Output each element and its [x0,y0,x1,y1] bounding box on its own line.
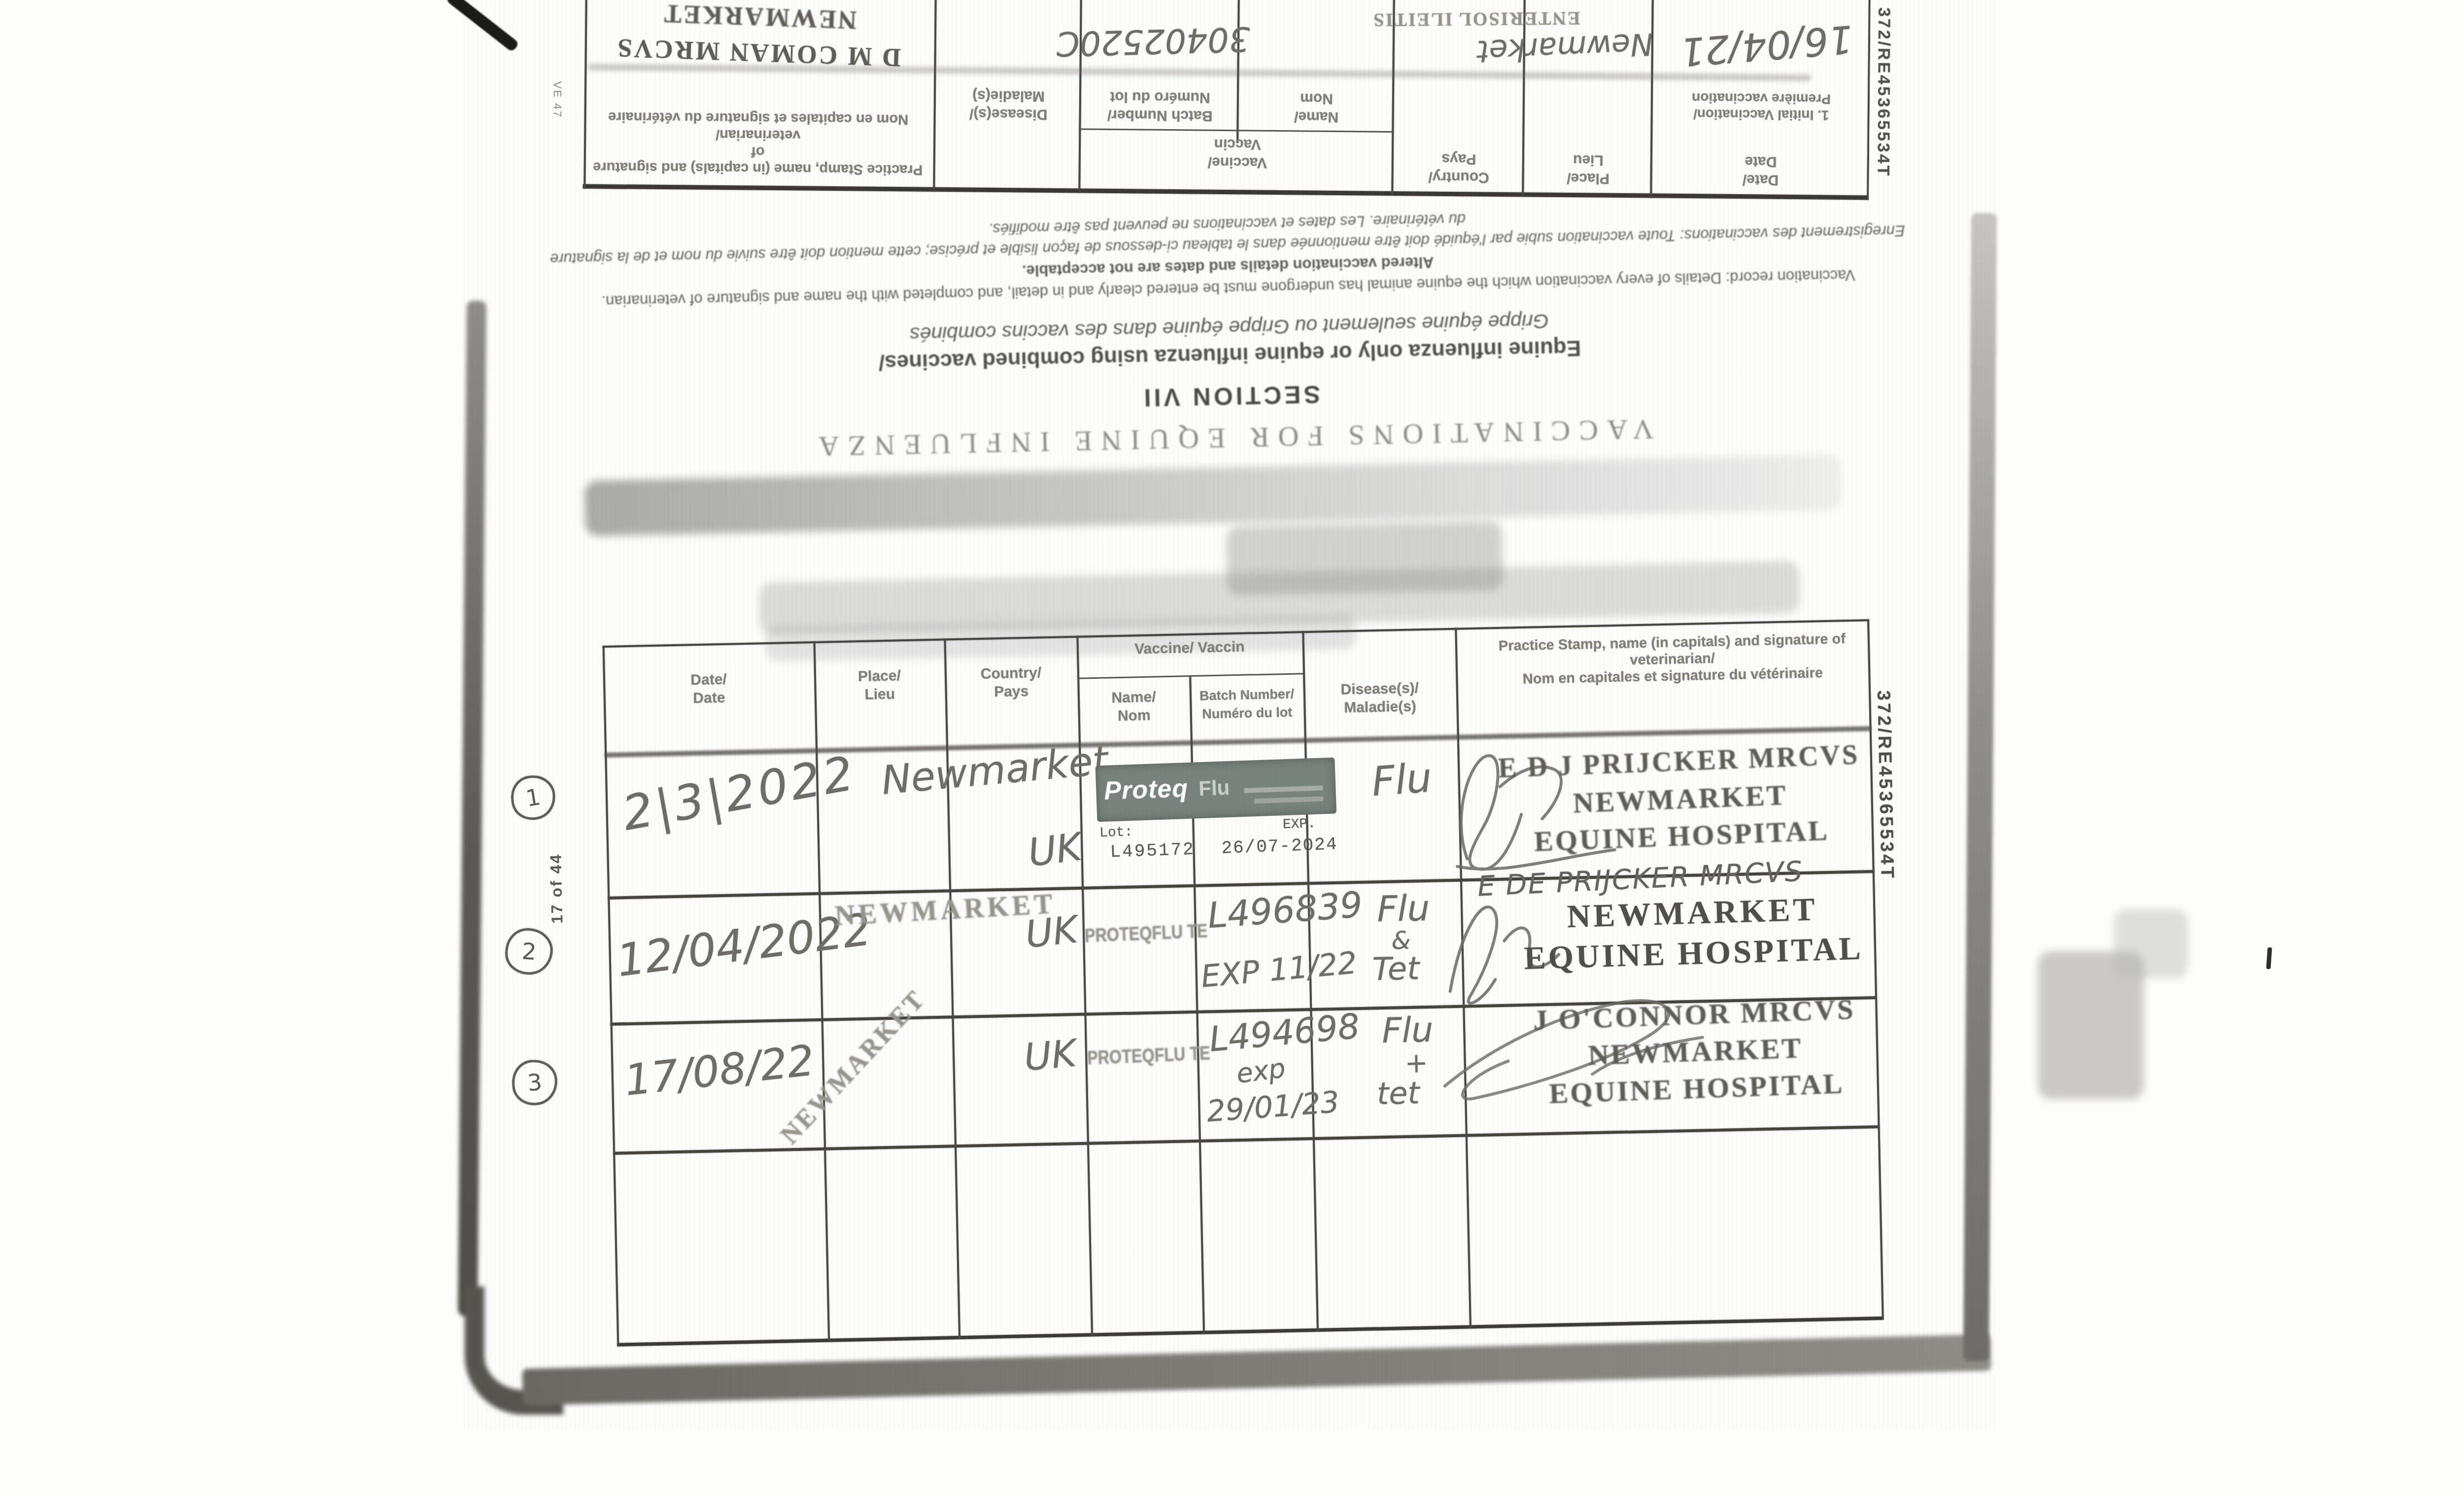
label-line: Date/ [1743,172,1779,188]
facing-practice-stamp: D M COMAN MRCVS NEWMARKET [585,0,932,73]
col-label-name: Name/ Nom [1078,687,1191,726]
label-line: Nom en capitales et signature du vétérin… [608,109,908,127]
sticker-exp-value: 26/07-2024 [1221,834,1338,858]
facing-col-label-batch: Batch Number/ Numéro du lot [1081,87,1239,125]
row2-disease-line3: Tet [1372,950,1420,988]
label-line: Première vaccination [1692,90,1831,106]
section-page: VACCINATIONS FOR EQUINE INFLUENZA SECTIO… [480,192,1999,1435]
row3-date: 17/08/22 [622,1036,817,1106]
heading-block-upside-down: VACCINATIONS FOR EQUINE INFLUENZA SECTIO… [530,198,1929,483]
label-line: Numéro du lot [1110,89,1210,106]
row-number: 3 [526,1069,543,1096]
facing-col-label-stamp: Practice Stamp, name (in capitals) and s… [585,108,931,178]
facing-initial-vaccination-label: 1. Initial Vaccination/ Première vaccina… [1653,90,1870,124]
facing-entry-batch: 30402520C [1056,19,1251,63]
label-line: Name/ [1111,689,1156,706]
sticker-lot-label: Lot: [1099,825,1133,841]
label-line: Practice Stamp, name (in capitals) and s… [1499,631,1846,654]
table-divider [944,638,960,1339]
col-label-disease: Disease(s)/ Maladie(s) [1305,678,1454,718]
sticker-fineprint-bar [1244,785,1323,793]
label-line: Batch Number/ [1199,687,1295,703]
col-label-batch: Batch Number/ Numéro du lot [1183,685,1311,724]
cover-corner-mark [445,0,519,52]
sticker-exp-label: EXP. [1282,816,1316,833]
table-edge-left [603,646,619,1346]
label-line: Date/ [690,671,727,689]
label-line: Place/ [858,667,901,685]
row1-practice-stamp: E D J PRIJCKER MRCVS NEWMARKET EQUINE HO… [1496,739,1865,859]
label-line: Maladie(s) [1344,698,1416,716]
facing-entry-place: Newmarket [1505,26,1654,69]
cover-left-edge [458,301,486,1316]
facing-entry-vaccine-name-stamp: ENTERISOL ILEITIS [1313,7,1639,32]
row3-vaccine-stamp: PROTEQFLU TE [1087,1043,1211,1069]
table-divider [814,641,830,1342]
stamp-text-line: EQUINE HOSPITAL [1511,930,1877,978]
label-line: Numéro du lot [1202,705,1293,722]
label-line: Vaccine/ [1208,154,1267,171]
col-label-date: Date/ Date [603,668,815,709]
label-line: Date [1745,153,1777,170]
label-line: Vaccine/ [1134,640,1194,658]
label-line: Country/ [1428,169,1489,186]
label-line: 1. Initial Vaccination/ [1693,106,1829,123]
label-line: Vaccin [1214,136,1261,153]
row1-country: UK [1026,825,1084,875]
row2-place-stamp: NEWMARKET [834,888,1057,932]
label-line: veterinarian/ [716,127,801,143]
facing-col-label-country: Country/ Pays [1393,149,1524,187]
page-number-label: 17 of 44 [546,830,566,924]
row3-batch-exp: 29/01/23 [1205,1085,1340,1129]
row2-batch: L496839 [1206,884,1364,937]
label-line: Maladie(s) [972,87,1045,104]
row1-disease: Flu [1370,755,1434,806]
row-number: 2 [521,938,537,965]
row2-country: UK [1023,907,1079,957]
row2-vaccine-stamp: PROTEQFLU TE [1084,921,1208,947]
margin-small-code: VE 47 [551,81,564,118]
facing-col-label-name: Name/ Nom [1238,89,1394,127]
facing-col-label-vaccine: Vaccine/ Vaccin [1139,134,1336,172]
stamp-text-line: NEWMARKET [587,0,933,37]
label-line: Disease(s)/ [1340,680,1419,697]
label-line: Pays [994,683,1029,700]
sticker-brand-suffix: Flu [1198,776,1230,800]
col-label-stamp: Practice Stamp, name (in capitals) and s… [1480,630,1865,688]
label-line: Disease(s)/ [969,105,1048,122]
label-line: Country/ [980,664,1041,682]
label-line: Batch Number/ [1107,107,1213,124]
facing-page-strip: Date/ Date Place/ Lieu Country/ Pays Vac… [582,0,1871,213]
col-label-place: Place/ Lieu [814,665,945,705]
row2-practice-stamp: NEWMARKET EQUINE HOSPITAL [1509,889,1876,978]
row-number-circle-2: 2 [504,927,554,976]
label-line: Nom [1300,90,1333,107]
facing-entry-date: 16/04/21 [1679,16,1854,74]
label-line: Nom en capitales et signature du vétérin… [1522,665,1823,687]
scanned-passport-page: Date/ Date Place/ Lieu Country/ Pays Vac… [0,0,2464,1496]
row3-country: UK [1022,1031,1078,1079]
sticker-lot-value: L495172 [1110,839,1196,863]
label-line: Place/ [1567,170,1609,187]
row3-practice-stamp: J O'CONNOR MRCVS NEWMARKET EQUINE HOSPIT… [1511,992,1880,1112]
row2-batch-exp: EXP 11/22 [1199,944,1359,994]
label-line: Practice Stamp, name (in capitals) and s… [593,144,923,178]
row-number: 1 [524,783,543,812]
row-number-circle-3: 3 [510,1058,559,1107]
scan-smudge-small [2114,909,2188,978]
col-label-vaccine: Vaccine/ Vaccin [1091,637,1289,659]
facing-col-label-disease: Disease(s)/ Maladie(s) [936,86,1082,124]
label-line: Name/ [1294,108,1338,125]
facing-col-label-date: Date/ Date [1652,152,1869,190]
label-line: veterinarian/ [1630,651,1715,668]
sticker-brand: Proteq [1103,773,1189,806]
sticker-brand-band: Proteq Flu [1095,758,1337,822]
row-number-circle-1: 1 [508,772,558,823]
row3-batch-exp-label: exp [1234,1052,1287,1089]
row1-date: 2|3|2022 [618,745,860,841]
label-line: Lieu [864,686,895,703]
row2-disease-line1: Flu [1376,887,1430,930]
row3-batch: L494698 [1207,1006,1361,1059]
vaccine-sticker: Proteq Flu Lot: EXP. L495172 26/07-2024 [1095,757,1341,864]
label-line: Pays [1441,151,1476,168]
label-line: Lieu [1573,152,1604,169]
row3-disease-line1: Flu [1381,1009,1434,1051]
passport-code-middle: 372/RE45365534T [1873,690,1900,984]
row3-disease-line3: tet [1376,1075,1420,1112]
col-label-country: Country/ Pays [945,663,1078,702]
sticker-fineprint-bar [1254,796,1323,803]
facing-col-label-place: Place/ Lieu [1524,150,1652,188]
scan-dash-mark [2266,947,2272,970]
label-line: Vaccin [1198,639,1245,656]
table-bottom-border [617,1317,1883,1347]
label-line: Nom [1118,707,1151,724]
label-line: Date [693,690,725,706]
